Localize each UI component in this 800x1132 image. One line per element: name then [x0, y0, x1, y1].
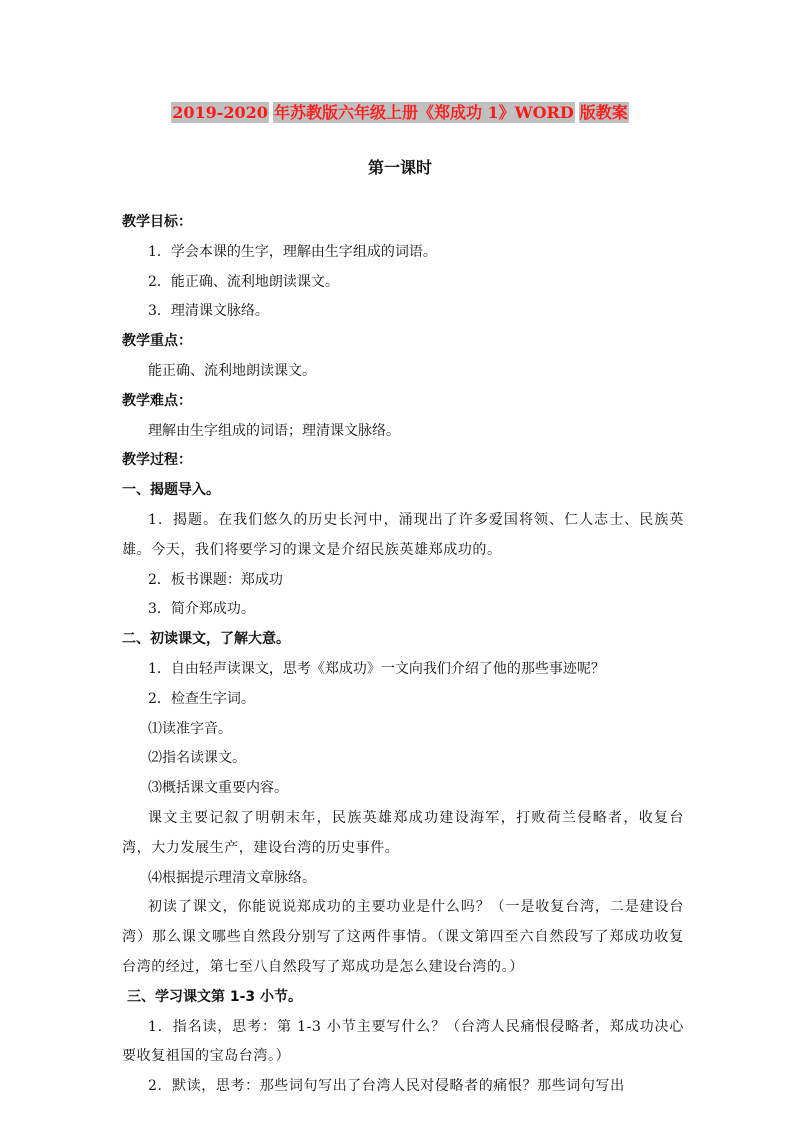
- part2-subitem-1: ⑴读准字音。: [122, 715, 684, 745]
- document-body: 教学目标： 1．学会本课的生字，理解由生字组成的词语。 2．能正确、流利地朗读课…: [122, 208, 684, 1102]
- part2-subitem-4: ⑷根据提示理清文章脉络。: [122, 864, 684, 894]
- document-title: 2019-2020年苏教版六年级上册《郑成功 1》WORD版教案: [0, 102, 800, 124]
- part2-subitem-2: ⑵指名读课文。: [122, 744, 684, 774]
- part1-heading: 一、揭题导入。: [122, 476, 684, 506]
- part1-paragraph-2: 2．板书课题：郑成功: [122, 566, 684, 596]
- part3-paragraph-2: 2．默读，思考：那些词句写出了台湾人民对侵略者的痛恨？那些词句写出: [122, 1072, 684, 1102]
- key-points-heading: 教学重点：: [122, 327, 684, 357]
- part2-discussion: 初读了课文，你能说说郑成功的主要功业是什么吗？（一是收复台湾，二是建设台湾）那么…: [122, 893, 684, 982]
- part2-subitem-3: ⑶概括课文重要内容。: [122, 774, 684, 804]
- goal-item: 3．理清课文脉络。: [122, 297, 684, 327]
- difficulties-text: 理解由生字组成的词语；理清课文脉络。: [122, 417, 684, 447]
- title-segment-years: 2019-2020: [171, 102, 269, 123]
- goal-item: 2．能正确、流利地朗读课文。: [122, 268, 684, 298]
- key-points-text: 能正确、流利地朗读课文。: [122, 357, 684, 387]
- part2-paragraph-1: 1．自由轻声读课文，思考《郑成功》一文向我们介绍了他的那些事迹呢？: [122, 655, 684, 685]
- part2-heading: 二、初读课文，了解大意。: [122, 625, 684, 655]
- part1-paragraph-3: 3．简介郑成功。: [122, 595, 684, 625]
- goal-item: 1．学会本课的生字，理解由生字组成的词语。: [122, 238, 684, 268]
- process-heading: 教学过程：: [122, 446, 684, 476]
- document-page: 2019-2020年苏教版六年级上册《郑成功 1》WORD版教案 第一课时 教学…: [0, 0, 800, 1132]
- part2-summary: 课文主要记叙了明朝末年，民族英雄郑成功建设海军，打败荷兰侵略者，收复台湾，大力发…: [122, 804, 684, 864]
- part3-paragraph-1: 1．指名读，思考：第 1-3 小节主要写什么？（台湾人民痛恨侵略者，郑成功决心要…: [122, 1013, 684, 1073]
- title-segment-main: 年苏教版六年级上册《郑成功 1》WORD: [273, 102, 575, 123]
- part2-paragraph-2: 2．检查生字词。: [122, 685, 684, 715]
- title-segment-suffix: 版教案: [579, 102, 629, 123]
- part3-heading: 三、学习课文第 1-3 小节。: [122, 983, 684, 1013]
- goals-heading: 教学目标：: [122, 208, 684, 238]
- lesson-subtitle: 第一课时: [0, 157, 800, 179]
- part1-paragraph-1: 1．揭题。在我们悠久的历史长河中，涌现出了许多爱国将领、仁人志士、民族英雄。今天…: [122, 506, 684, 566]
- difficulties-heading: 教学难点：: [122, 387, 684, 417]
